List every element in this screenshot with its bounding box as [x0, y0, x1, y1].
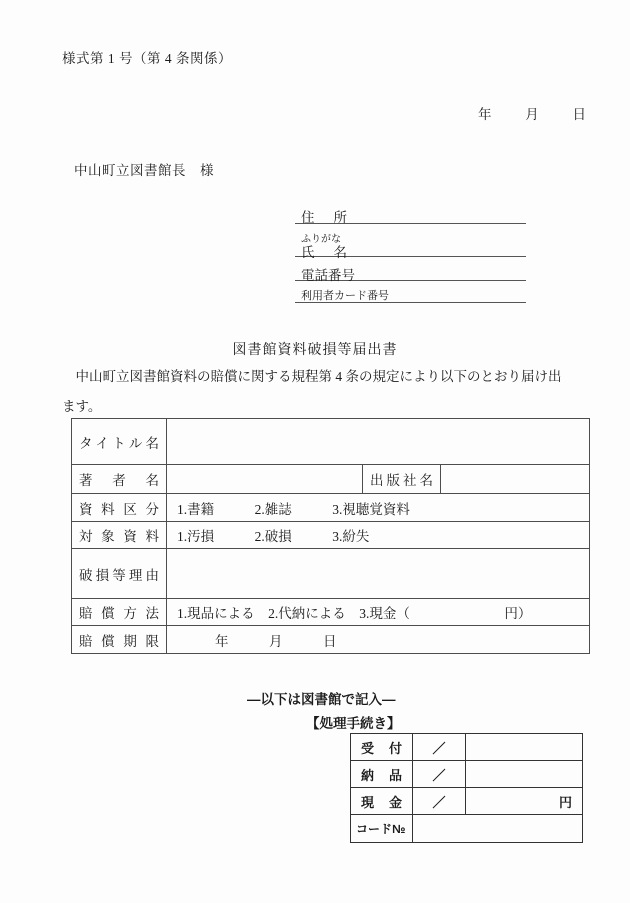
date-line: 年 月 日 — [478, 103, 586, 123]
table-row-author: 著者名 出版社名 — [72, 465, 590, 494]
row-label: 対象資料 — [72, 522, 167, 549]
processing-row-code: コード№ — [351, 815, 583, 843]
card-number-field: 利用者カード番号 — [295, 287, 526, 303]
row-label: コード№ — [351, 815, 413, 843]
row-value — [413, 815, 583, 843]
row-value — [167, 549, 590, 599]
document-page: 様式第 1 号（第 4 条関係） 年 月 日 中山町立図書館長 様 住所 ふりが… — [0, 0, 630, 903]
row-label: タイトル名 — [72, 419, 167, 465]
name-label: 氏名 — [301, 241, 347, 261]
row-value: 1.汚損 2.破損 3.紛失 — [167, 522, 590, 549]
row-value: 1.書籍 2.雑誌 3.視聴覚資料 — [167, 494, 590, 522]
row-label: 受付 — [351, 734, 413, 761]
publisher-label: 出版社名 — [363, 465, 441, 494]
row-label: 納品 — [351, 761, 413, 788]
row-value: 年 月 日 — [167, 626, 590, 654]
row-value — [466, 761, 583, 788]
processing-row-delivery: 納品 ／ — [351, 761, 583, 788]
row-label: 著者名 — [72, 465, 167, 494]
phone-field: 電話番号 — [295, 264, 526, 281]
name-field: 氏名 — [295, 241, 526, 257]
row-value — [167, 419, 590, 465]
processing-heading: 【処理手続き】 — [306, 712, 401, 732]
processing-row-cash: 現金 ／ 円 — [351, 788, 583, 815]
row-label: 破損等理由 — [72, 549, 167, 599]
addressee: 中山町立図書館長 様 — [74, 159, 214, 179]
date-day-label: 日 — [573, 103, 587, 123]
address-label: 住所 — [301, 206, 347, 226]
processing-row-reception: 受付 ／ — [351, 734, 583, 761]
row-label: 現金 — [351, 788, 413, 815]
body-paragraph: 中山町立図書館資料の賠償に関する規程第 4 条の規定により以下のとおり届け出ます… — [62, 362, 569, 422]
row-label: 賠償期限 — [72, 626, 167, 654]
document-title: 図書館資料破損等届出書 — [0, 339, 630, 359]
date-slash: ／ — [413, 788, 466, 815]
date-year-label: 年 — [478, 103, 492, 123]
table-row-compensation-method: 賠償方法 1.現品による 2.代納による 3.現金（ 円） — [72, 599, 590, 626]
date-slash: ／ — [413, 761, 466, 788]
row-value — [167, 465, 363, 494]
date-month-label: 月 — [525, 103, 539, 123]
processing-table: 受付 ／ 納品 ／ 現金 ／ 円 コード№ — [350, 733, 583, 843]
report-table: タイトル名 著者名 出版社名 資料区分 1.書籍 2.雑誌 3.視聴覚資料 対象… — [71, 418, 590, 654]
address-field: 住所 — [295, 206, 526, 224]
form-number: 様式第 1 号（第 4 条関係） — [62, 47, 232, 67]
table-row-material-type: 資料区分 1.書籍 2.雑誌 3.視聴覚資料 — [72, 494, 590, 522]
row-label: 賠償方法 — [72, 599, 167, 626]
date-slash: ／ — [413, 734, 466, 761]
library-only-note: ―以下は図書館で記入― — [247, 688, 396, 708]
row-value: 1.現品による 2.代納による 3.現金（ 円） — [167, 599, 590, 626]
table-row-reason: 破損等理由 — [72, 549, 590, 599]
table-row-compensation-deadline: 賠償期限 年 月 日 — [72, 626, 590, 654]
table-row-title: タイトル名 — [72, 419, 590, 465]
publisher-value — [441, 465, 590, 494]
table-row-damage-type: 対象資料 1.汚損 2.破損 3.紛失 — [72, 522, 590, 549]
yen-label: 円 — [466, 788, 583, 815]
row-label: 資料区分 — [72, 494, 167, 522]
row-value — [466, 734, 583, 761]
